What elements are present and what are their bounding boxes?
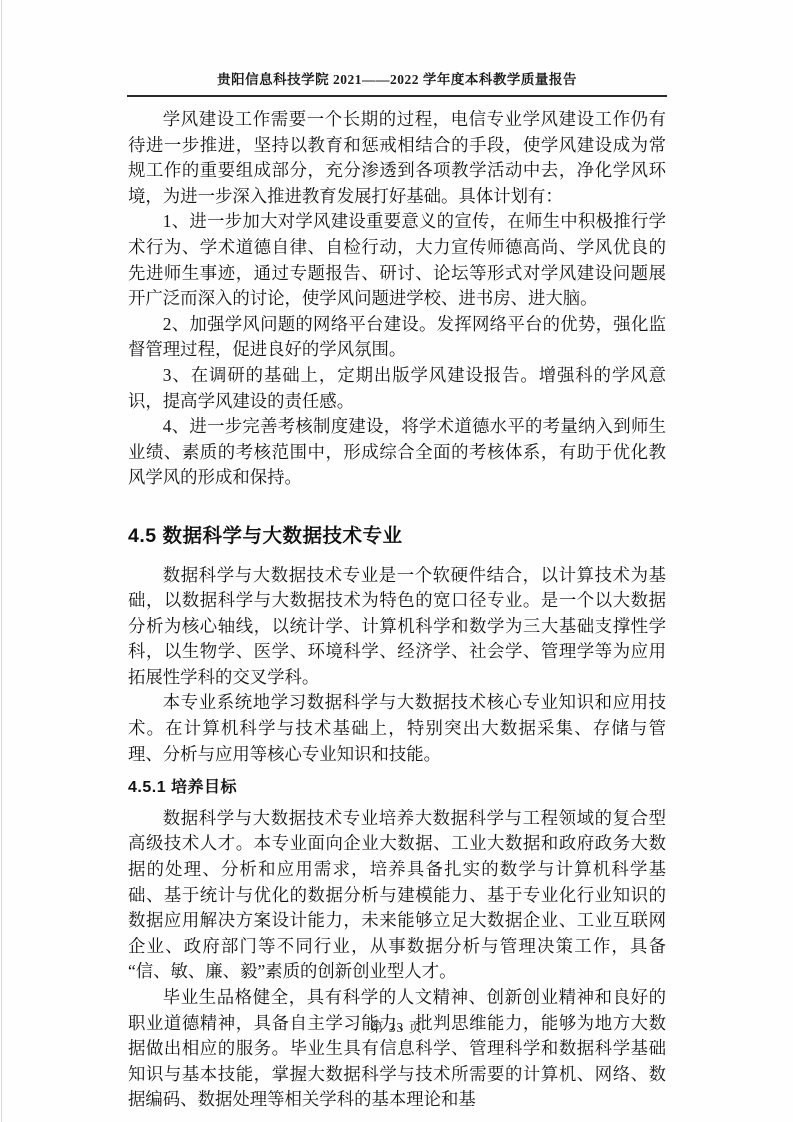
document-page: 贵阳信息科技学院 2021——2022 学年度本科教学质量报告 学风建设工作需要… xyxy=(0,0,793,1122)
page-number: 第 33 页 xyxy=(370,1020,423,1035)
subsection-heading-4-5-1: 4.5.1 培养目标 xyxy=(128,775,666,801)
plan-item-3: 3、在调研的基础上，定期出版学风建设报告。增强科的学风意识，提高学风建设的责任感… xyxy=(128,363,666,414)
document-body: 学风建设工作需要一个长期的过程，电信专业学风建设工作仍有待进一步推进，坚持以教育… xyxy=(128,107,666,1113)
plan-item-4: 4、进一步完善考核制度建设，将学术道德水平的考量纳入到师生业绩、素质的考核范围中… xyxy=(128,414,666,491)
plan-item-1: 1、进一步加大对学风建设重要意义的宣传，在师生中积极推行学术行为、学术道德自律、… xyxy=(128,209,666,311)
section-paragraph-2: 本专业系统地学习数据科学与大数据技术核心专业知识和应用技术。在计算机科学与技术基… xyxy=(128,690,666,767)
plan-item-2: 2、加强学风问题的网络平台建设。发挥网络平台的优势，强化监督管理过程，促进良好的… xyxy=(128,312,666,363)
report-header-title: 贵阳信息科技学院 2021——2022 学年度本科教学质量报告 xyxy=(127,68,667,88)
subsection-paragraph-1: 数据科学与大数据技术专业培养大数据科学与工程领域的复合型高级技术人才。本专业面向… xyxy=(128,806,666,985)
section-paragraph-1: 数据科学与大数据技术专业是一个软硬件结合，以计算技术为基础，以数据科学与大数据技… xyxy=(128,563,666,691)
paragraph-intro: 学风建设工作需要一个长期的过程，电信专业学风建设工作仍有待进一步推进，坚持以教育… xyxy=(128,107,666,209)
subsection-paragraph-2: 毕业生品格健全，具有科学的人文精神、创新创业精神和良好的职业道德精神，具备自主学… xyxy=(128,985,666,1113)
page-footer: 第 33 页 xyxy=(0,1016,793,1036)
section-heading-4-5: 4.5 数据科学与大数据技术专业 xyxy=(128,524,666,550)
page-header: 贵阳信息科技学院 2021——2022 学年度本科教学质量报告 xyxy=(127,68,667,97)
